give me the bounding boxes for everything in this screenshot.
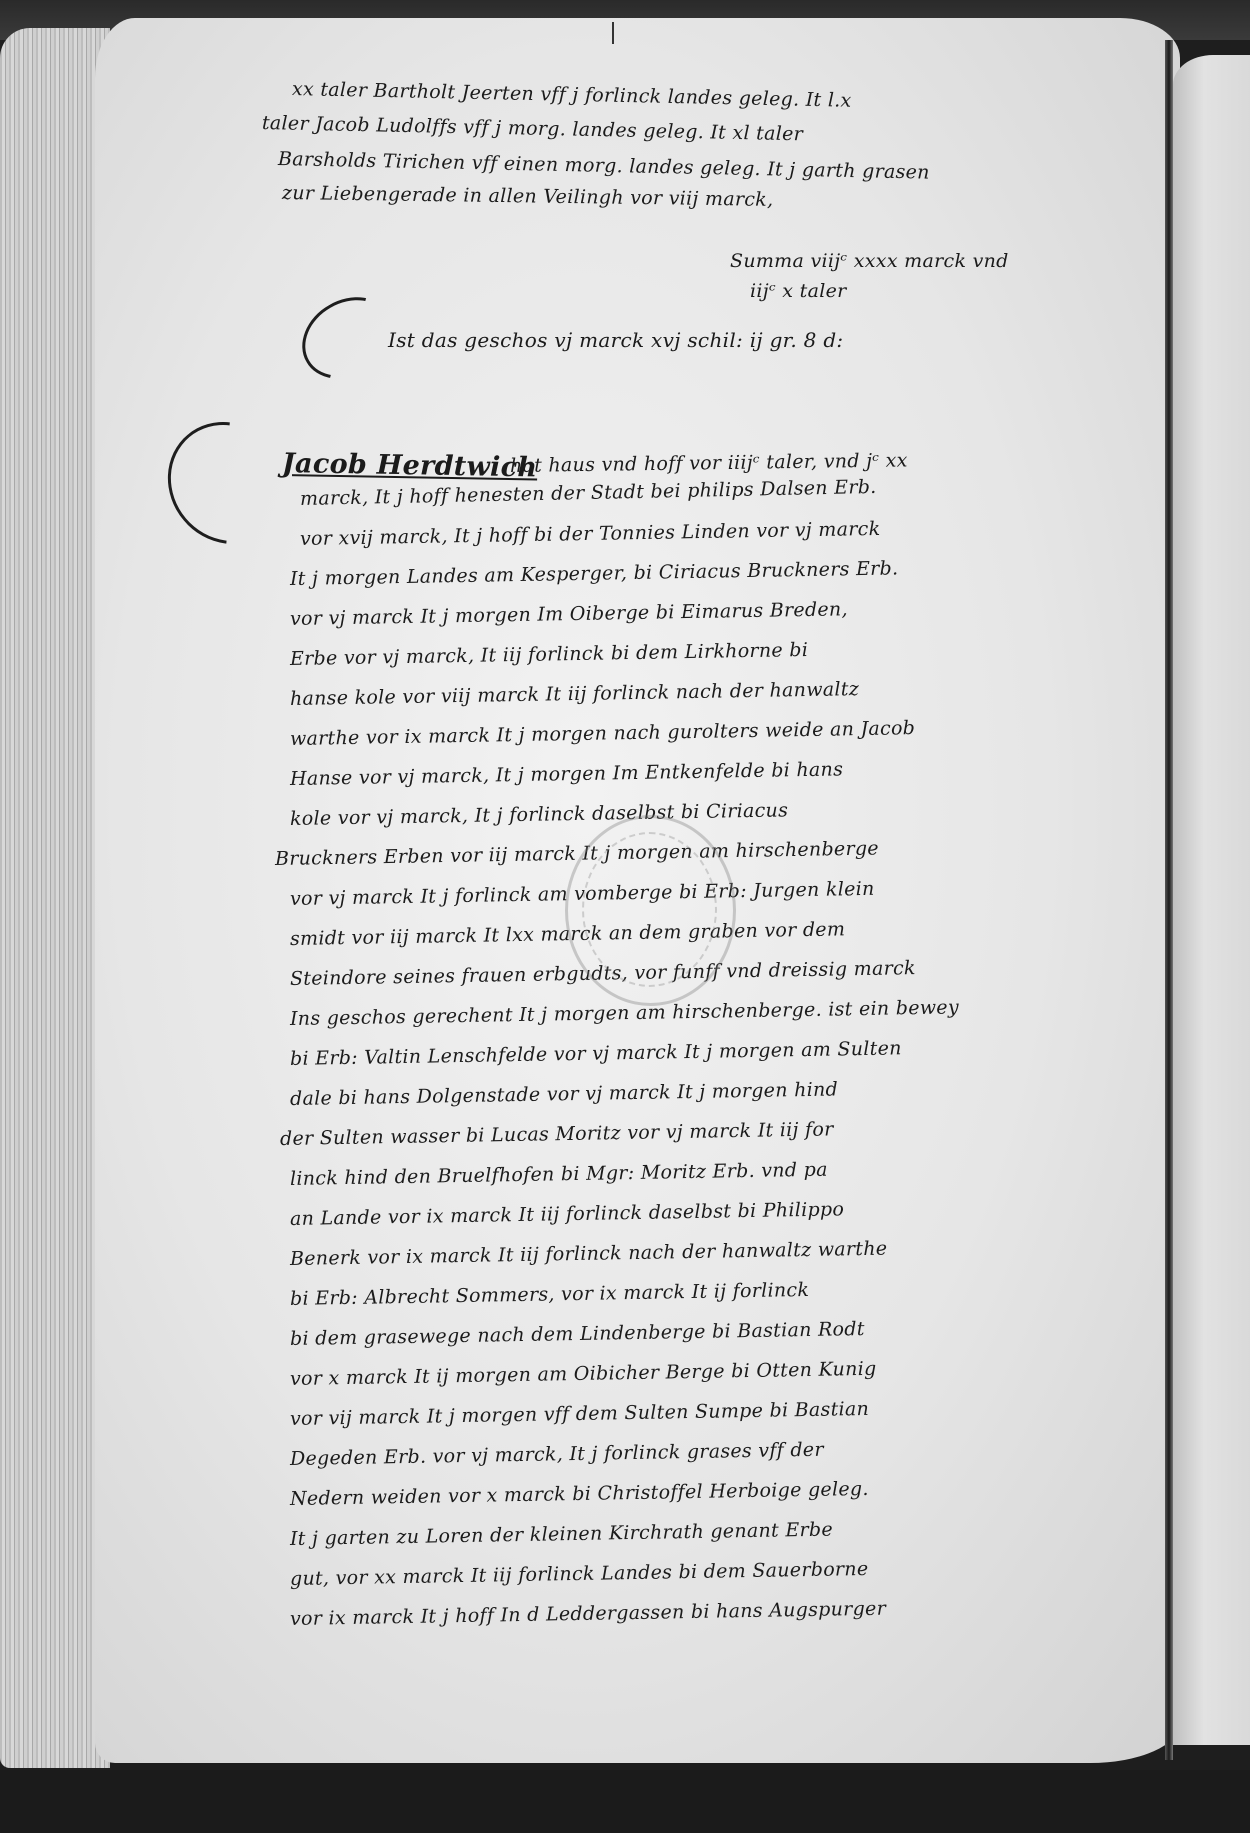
- book-gutter: [1165, 40, 1173, 1760]
- library-stamp: [565, 815, 736, 1006]
- entry-name: Jacob Herdtwich: [282, 448, 538, 483]
- page-stack-edges: [0, 28, 110, 1768]
- facing-page-edge: [1173, 55, 1250, 1745]
- summa-line: iijᶜ x taler: [750, 280, 847, 302]
- library-stamp-inner-ring: [582, 832, 717, 987]
- page-tick-mark: [612, 22, 614, 44]
- summa-line: Summa viijᶜ xxxx marck vnd: [730, 250, 1009, 272]
- background-bottom: [0, 1770, 1250, 1833]
- tax-line: Ist das geschos vj marck xvj schil: ij g…: [388, 328, 843, 352]
